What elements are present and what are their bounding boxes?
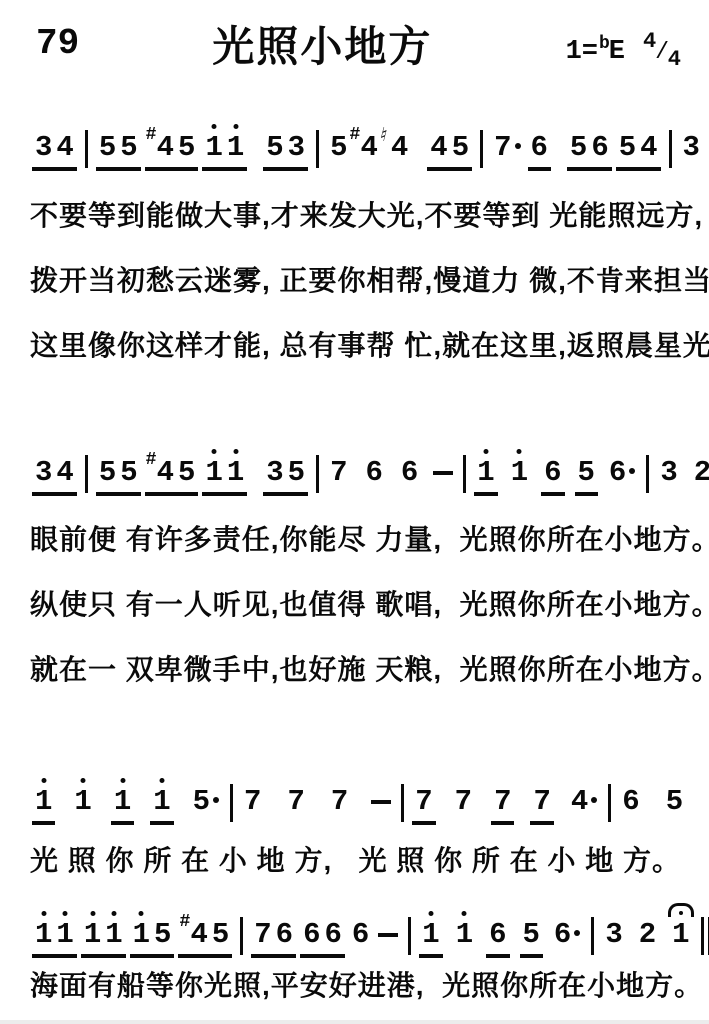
spacer xyxy=(600,495,604,496)
note: 5 xyxy=(266,133,283,162)
note: 5 xyxy=(120,133,137,162)
note-digit: 5 xyxy=(154,920,171,949)
barline xyxy=(591,917,594,955)
note-digit: 5 xyxy=(178,458,195,487)
note-group: 2 xyxy=(636,920,659,958)
note: 1 xyxy=(477,458,494,487)
time-numerator: 4 xyxy=(643,29,654,54)
note-group: 3 xyxy=(680,133,703,171)
spacer xyxy=(353,824,367,825)
duration-dash xyxy=(433,471,453,475)
note: 5 xyxy=(452,133,469,162)
sharp-accidental-icon: # xyxy=(146,126,157,144)
note: 1 xyxy=(133,920,150,949)
note-digit-high-octave: 1 xyxy=(74,787,91,816)
note-digit: 5 xyxy=(266,133,283,162)
note-group: 5 xyxy=(663,787,686,825)
note-digit-high-octave: 1 xyxy=(153,787,170,816)
lyric-line-1: 不要等到能做大事,才来发大光,不要等到 光能照远方, xyxy=(30,198,703,234)
spacer xyxy=(628,957,634,958)
spacer xyxy=(533,495,539,496)
beamed-note-group: 11 xyxy=(202,133,247,171)
note-group: 3 xyxy=(657,458,680,496)
note: 4 xyxy=(571,787,597,816)
note-group: 2 xyxy=(691,458,709,496)
note-digit: 4 xyxy=(640,133,657,162)
note: 7 xyxy=(254,920,271,949)
spacer xyxy=(266,824,282,825)
beamed-note-group: 6 xyxy=(528,133,551,171)
note-group: 5#4♮4 xyxy=(327,133,411,171)
spacer xyxy=(556,824,566,825)
spacer xyxy=(688,824,704,825)
note: 7 xyxy=(494,133,520,162)
note-digit-high-octave: 1 xyxy=(456,920,473,949)
note-digit: 6 xyxy=(401,458,418,487)
note-digit: 5 xyxy=(120,133,137,162)
barline xyxy=(480,130,483,168)
beamed-note-group: 54 xyxy=(616,133,661,171)
beamed-note-group: 1 xyxy=(32,787,55,825)
note: 1 xyxy=(114,787,131,816)
note-digit: 5 xyxy=(178,133,195,162)
note: 6 xyxy=(531,133,548,162)
music-line-3: 1111577777774655 xyxy=(30,767,703,825)
note: 6 xyxy=(609,458,635,487)
note-digit: 3 xyxy=(605,920,622,949)
note: 7 xyxy=(455,787,472,816)
note-digit: 5 xyxy=(578,458,595,487)
note: 5 xyxy=(330,133,347,162)
beamed-note-group: 45 xyxy=(427,133,472,171)
note: 1 xyxy=(205,458,222,487)
note: 3 xyxy=(683,133,700,162)
note-group: 6 xyxy=(398,458,421,496)
time-denominator: 4 xyxy=(668,47,679,72)
lyric-line-2: 拨开当初愁云迷雾, 正要你相帮,慢道力 微,不肯来担当, xyxy=(30,263,703,299)
note-digit: 5 xyxy=(666,787,683,816)
spacer xyxy=(423,495,429,496)
note-digit: 5 xyxy=(523,920,540,949)
note-digit-high-octave: 1 xyxy=(56,920,73,949)
note: 1 xyxy=(456,920,473,949)
sharp-accidental-icon: # xyxy=(146,451,157,469)
flat-symbol: b xyxy=(599,34,610,54)
note-digit-high-octave: 1 xyxy=(511,458,528,487)
lyric-line-6: 就在一 双卑微手中,也好施 天粮, 光照你所在小地方。 xyxy=(30,652,703,688)
note-digit: 7 xyxy=(287,787,304,816)
barline xyxy=(240,917,243,955)
note-group: 1 xyxy=(669,920,692,958)
note-digit: 6 xyxy=(554,920,571,949)
beamed-note-group: 1 xyxy=(419,920,442,958)
note-digit: 3 xyxy=(683,133,700,162)
spacer xyxy=(388,495,396,496)
spacer xyxy=(545,957,549,958)
note-digit: 4 xyxy=(430,133,447,162)
song-title: 光照小地方 xyxy=(79,24,565,70)
note-digit: 3 xyxy=(660,458,677,487)
note: 5 xyxy=(99,133,116,162)
note-digit-high-octave: 1 xyxy=(114,787,131,816)
spacer xyxy=(57,824,69,825)
note: 2 xyxy=(639,920,656,949)
note-digit-high-octave: 1 xyxy=(35,920,52,949)
note-digit-high-octave: 1 xyxy=(35,787,52,816)
spacer xyxy=(445,957,451,958)
note-group: 1 xyxy=(453,920,476,958)
spacer xyxy=(438,824,450,825)
note-digit-high-octave: 1 xyxy=(422,920,439,949)
note-digit: 6 xyxy=(544,458,561,487)
note: 5 xyxy=(178,458,195,487)
note: 6 xyxy=(554,920,580,949)
note: 7 xyxy=(287,787,304,816)
note: 3 xyxy=(660,458,677,487)
note-digit-high-octave: 1 xyxy=(227,133,244,162)
lyric-line-8: 海面有船等你光照,平安好进港, 光照你所在小地方。 xyxy=(30,968,703,1004)
note: 5 xyxy=(99,458,116,487)
barline xyxy=(646,455,649,493)
note-digit: 5 xyxy=(330,133,347,162)
beamed-note-group: 1 xyxy=(474,458,497,496)
note-group: 3 xyxy=(602,920,625,958)
sharp-accidental-icon: # xyxy=(349,126,360,144)
spacer xyxy=(567,495,573,496)
spacer xyxy=(477,824,489,825)
beamed-note-group: 55 xyxy=(96,458,141,496)
note: 5 xyxy=(193,787,219,816)
spacer xyxy=(516,824,528,825)
note: 6 xyxy=(276,920,293,949)
spacer xyxy=(176,824,188,825)
note-digit: 6 xyxy=(531,133,548,162)
music-line-2: 3455#45113576611656321 xyxy=(30,438,703,496)
note: #4 xyxy=(157,458,174,487)
note: 4 xyxy=(56,133,73,162)
note-digit: 4 xyxy=(391,133,408,162)
key-prefix: 1= xyxy=(566,37,598,67)
note-digit: 6 xyxy=(622,787,639,816)
note-digit: 6 xyxy=(489,920,506,949)
note-digit: 7 xyxy=(254,920,271,949)
note: 1 xyxy=(74,787,91,816)
spacer xyxy=(512,957,518,958)
note-digit: 4 xyxy=(56,458,73,487)
note-digit: 6 xyxy=(609,458,626,487)
note-digit: 4 xyxy=(360,133,377,162)
note-group: 5 xyxy=(190,787,222,825)
barline xyxy=(85,455,88,493)
note: 3 xyxy=(605,920,622,949)
final-double-barline xyxy=(701,917,709,955)
note-digit: 5 xyxy=(99,458,116,487)
note: 3 xyxy=(35,458,52,487)
note-group: 6 xyxy=(349,920,372,958)
note: 7 xyxy=(533,787,550,816)
song-number: 79 xyxy=(36,24,79,64)
barline xyxy=(230,784,233,822)
note-group: 4 xyxy=(568,787,600,825)
spacer xyxy=(500,495,506,496)
spacer xyxy=(645,824,661,825)
beamed-note-group: 5 xyxy=(520,920,543,958)
key-signature: 1=bE xyxy=(566,37,625,67)
note-group: 7 xyxy=(452,787,475,825)
note-digit-high-octave: 1 xyxy=(227,458,244,487)
beamed-note-group: 6 xyxy=(486,920,509,958)
note: 5 xyxy=(523,920,540,949)
note-digit-fermata: 1 xyxy=(672,920,689,949)
music-line-4: 111115#457666611656321 xyxy=(30,900,703,958)
note: 5 xyxy=(120,458,137,487)
note-digit: 5 xyxy=(99,133,116,162)
barline xyxy=(316,130,319,168)
note-group: 6 xyxy=(606,458,638,496)
spacer xyxy=(683,495,689,496)
note-digit: 7 xyxy=(415,787,432,816)
duration-dash xyxy=(371,800,391,804)
note-digit: 7 xyxy=(330,458,347,487)
note: 1 xyxy=(84,920,101,949)
note-digit: 3 xyxy=(35,458,52,487)
note: 1 xyxy=(672,920,689,949)
note: 1 xyxy=(227,133,244,162)
barline xyxy=(669,130,672,168)
note-group: 7 xyxy=(328,787,351,825)
note: 5 xyxy=(212,920,229,949)
beamed-note-group: 11 xyxy=(202,458,247,496)
note: 4 xyxy=(640,133,657,162)
duration-dash xyxy=(378,933,398,937)
beamed-note-group: 53 xyxy=(263,133,308,171)
lyric-line-3: 这里像你这样才能, 总有事帮 忙,就在这里,返照晨星光。 xyxy=(30,328,703,364)
note: 1 xyxy=(205,133,222,162)
note-digit: 3 xyxy=(266,458,283,487)
note: 5 xyxy=(619,133,636,162)
beamed-note-group: #45 xyxy=(145,458,199,496)
note-digit-high-octave: 1 xyxy=(105,920,122,949)
augmentation-dot-icon xyxy=(591,797,597,803)
note-digit: 5 xyxy=(288,458,305,487)
note: 5 xyxy=(578,458,595,487)
note-digit-high-octave: 1 xyxy=(205,133,222,162)
note: ♮4 xyxy=(391,133,408,162)
spacer xyxy=(310,824,326,825)
barline xyxy=(463,455,466,493)
note: 5 xyxy=(570,133,587,162)
note-digit: 5 xyxy=(193,787,210,816)
spacer xyxy=(249,495,261,496)
note-digit-high-octave: 1 xyxy=(84,920,101,949)
signature-block: 1=bE4⁄4 xyxy=(566,36,679,67)
note-group: 6 xyxy=(362,458,385,496)
note-digit: 4 xyxy=(56,133,73,162)
note: 3 xyxy=(288,133,305,162)
note: 5 xyxy=(288,458,305,487)
note-digit: 4 xyxy=(157,458,174,487)
note: 7 xyxy=(244,787,261,816)
note: 1 xyxy=(56,920,73,949)
beamed-note-group: #45 xyxy=(178,920,232,958)
note-digit: 2 xyxy=(694,458,709,487)
note-group: 7 xyxy=(491,133,523,171)
note: 6 xyxy=(401,458,418,487)
beamed-note-group: 7 xyxy=(491,787,514,825)
note: 5 xyxy=(178,133,195,162)
note-group: 7 xyxy=(241,787,264,825)
beamed-note-group: 7 xyxy=(530,787,553,825)
note-digit: 5 xyxy=(212,920,229,949)
note: 5 xyxy=(666,787,683,816)
augmentation-dot-icon xyxy=(213,797,219,803)
note: 1 xyxy=(105,920,122,949)
beamed-note-group: 34 xyxy=(32,458,77,496)
sheet-music-page: 79 光照小地方 1=bE4⁄4 3455#4511535#4♮44576565… xyxy=(0,0,709,1024)
augmentation-dot-icon xyxy=(629,468,635,474)
note-digit: 5 xyxy=(452,133,469,162)
note: 7 xyxy=(494,787,511,816)
note: 7 xyxy=(415,787,432,816)
note-digit: 3 xyxy=(288,133,305,162)
note-group: 7 xyxy=(327,458,350,496)
key-note: E xyxy=(609,37,625,67)
beamed-note-group: 15 xyxy=(130,920,175,958)
barline xyxy=(408,917,411,955)
spacer xyxy=(413,170,425,171)
note: 5 xyxy=(154,920,171,949)
sharp-accidental-icon: # xyxy=(179,913,190,931)
note-digit: 7 xyxy=(331,787,348,816)
note-digit: 7 xyxy=(244,787,261,816)
note-group: 7 xyxy=(284,787,307,825)
note-digit: 5 xyxy=(120,458,137,487)
header: 79 光照小地方 1=bE4⁄4 xyxy=(0,24,709,70)
note-digit: 7 xyxy=(494,787,511,816)
note: 1 xyxy=(153,787,170,816)
note: 6 xyxy=(622,787,639,816)
note: 3 xyxy=(35,133,52,162)
natural-accidental-icon: ♮ xyxy=(378,126,390,145)
lyric-line-4: 眼前便 有许多责任,你能尽 力量, 光照你所在小地方。 xyxy=(30,522,703,558)
note: 6 xyxy=(324,920,341,949)
spacer xyxy=(97,824,109,825)
note: 3 xyxy=(266,458,283,487)
barline xyxy=(608,784,611,822)
note-group: 1 xyxy=(71,787,94,825)
spacer xyxy=(553,170,565,171)
spacer xyxy=(352,495,360,496)
note: 4 xyxy=(430,133,447,162)
note: 7 xyxy=(330,458,347,487)
lyric-line-7: 光 照 你 所 在 小 地 方, 光 照 你 所 在 小 地 方。 xyxy=(30,843,703,879)
note-digit: 6 xyxy=(352,920,369,949)
note-digit: 4 xyxy=(571,787,588,816)
beamed-note-group: #45 xyxy=(145,133,199,171)
spacer xyxy=(136,824,148,825)
time-signature: 4⁄4 xyxy=(643,37,679,67)
augmentation-dot-icon xyxy=(574,930,580,936)
spacer xyxy=(249,170,261,171)
note: 1 xyxy=(422,920,439,949)
note: 6 xyxy=(544,458,561,487)
note: 7 xyxy=(331,787,348,816)
note-digit-high-octave: 1 xyxy=(133,920,150,949)
beamed-note-group: 11 xyxy=(32,920,77,958)
note: 4 xyxy=(56,458,73,487)
beamed-note-group: 76 xyxy=(251,920,296,958)
note-group: 6 xyxy=(619,787,642,825)
note-digit: 5 xyxy=(619,133,636,162)
beamed-note-group: 34 xyxy=(32,133,77,171)
time-slash-icon: ⁄ xyxy=(654,36,668,66)
note-digit: 6 xyxy=(324,920,341,949)
spacer xyxy=(661,957,667,958)
note-digit: 7 xyxy=(494,133,511,162)
note: 1 xyxy=(35,920,52,949)
spacer xyxy=(478,957,484,958)
beamed-note-group: 1 xyxy=(150,787,173,825)
barline-stroke xyxy=(701,917,704,955)
note: #4 xyxy=(360,133,377,162)
note: #4 xyxy=(190,920,207,949)
beamed-note-group: 66 xyxy=(300,920,345,958)
barline xyxy=(316,455,319,493)
beamed-note-group: 35 xyxy=(263,458,308,496)
beamed-note-group: 55 xyxy=(96,133,141,171)
lyric-line-5: 纵使只 有一人听见,也值得 歌唱, 光照你所在小地方。 xyxy=(30,587,703,623)
note-digit: 6 xyxy=(276,920,293,949)
note: 1 xyxy=(35,787,52,816)
note: 6 xyxy=(489,920,506,949)
note-group: 1 xyxy=(508,458,531,496)
note-digit: 7 xyxy=(533,787,550,816)
beamed-note-group: 1 xyxy=(111,787,134,825)
music-line-1: 3455#4511535#4♮4457656543 xyxy=(30,113,703,171)
note: #4 xyxy=(157,133,174,162)
note-digit: 6 xyxy=(365,458,382,487)
note-digit-high-octave: 1 xyxy=(205,458,222,487)
note-digit: 4 xyxy=(157,133,174,162)
note-digit: 5 xyxy=(570,133,587,162)
note-digit: 4 xyxy=(190,920,207,949)
note-digit: 2 xyxy=(639,920,656,949)
note: 1 xyxy=(511,458,528,487)
note: 1 xyxy=(227,458,244,487)
note-digit: 3 xyxy=(35,133,52,162)
note: 6 xyxy=(303,920,320,949)
beamed-note-group: 56 xyxy=(567,133,612,171)
note: 6 xyxy=(591,133,608,162)
note: 6 xyxy=(352,920,369,949)
beamed-note-group: 6 xyxy=(541,458,564,496)
note-digit-high-octave: 1 xyxy=(477,458,494,487)
augmentation-dot-icon xyxy=(515,143,521,149)
note-digit: 7 xyxy=(455,787,472,816)
note-digit: 6 xyxy=(303,920,320,949)
beamed-note-group: 7 xyxy=(412,787,435,825)
barline xyxy=(85,130,88,168)
note-group: 6 xyxy=(551,920,583,958)
barline xyxy=(401,784,404,822)
beamed-note-group: 5 xyxy=(575,458,598,496)
note: 2 xyxy=(694,458,709,487)
note: 6 xyxy=(365,458,382,487)
beamed-note-group: 11 xyxy=(81,920,126,958)
note-digit: 6 xyxy=(591,133,608,162)
